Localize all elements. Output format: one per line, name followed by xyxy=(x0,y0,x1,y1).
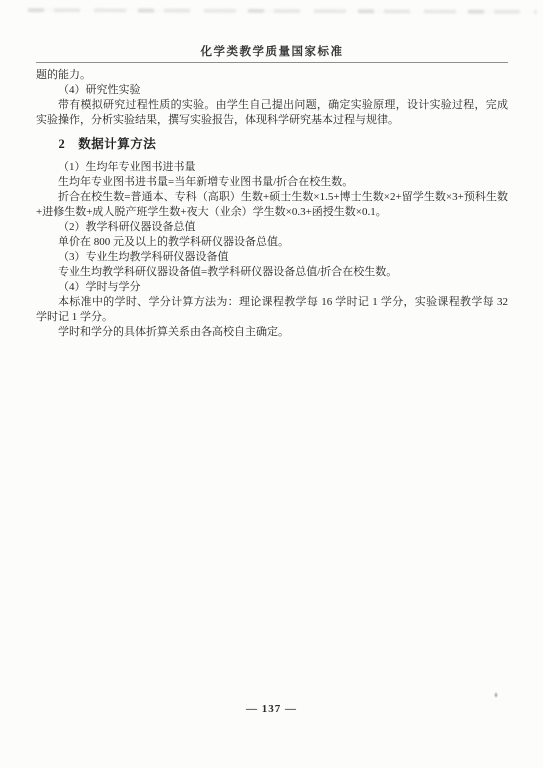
paragraph-enrollment-conversion-formula: 折合在校生数=普通本、专科（高职）生数+硕士生数×1.5+博士生数×2+留学生数… xyxy=(36,190,508,220)
page-number: — 137 — xyxy=(0,703,543,715)
paragraph-equipment-per-student-formula: 专业生均教学科研仪器设备值=教学科研仪器设备总值/折合在校生数。 xyxy=(36,265,508,280)
paragraph-continuation: 题的能力。 xyxy=(36,68,508,83)
paragraph-credit-conversion-note: 学时和学分的具体折算关系由各高校自主确定。 xyxy=(36,325,508,340)
document-page: 化学类教学质量国家标准 题的能力。 （4）研究性实验 带有模拟研究过程性质的实验… xyxy=(0,0,543,768)
list-item-4-credit-hours: （4）学时与学分 xyxy=(36,280,508,295)
list-item-2-equipment-total-value: （2）教学科研仪器设备总值 xyxy=(36,220,508,235)
section-heading-data-calculation-methods: 2 数据计算方法 xyxy=(36,136,508,153)
scan-speck xyxy=(494,692,498,698)
scan-artifact-line xyxy=(28,8,537,14)
paragraph-research-experiment-desc: 带有模拟研究过程性质的实验。由学生自己提出问题，确定实验原理，设计实验过程，完成… xyxy=(36,98,508,128)
list-item-4-research-experiment: （4）研究性实验 xyxy=(36,83,508,98)
paragraph-equipment-value-desc: 单价在 800 元及以上的教学科研仪器设备总值。 xyxy=(36,235,508,250)
paragraph-credit-hours-rule: 本标准中的学时、学分计算方法为：理论课程教学每 16 学时记 1 学分，实验课程… xyxy=(36,295,508,325)
list-item-1-books-per-student: （1）生均年专业图书进书量 xyxy=(36,160,508,175)
page-body: 题的能力。 （4）研究性实验 带有模拟研究过程性质的实验。由学生自己提出问题，确… xyxy=(36,68,508,340)
list-item-3-equipment-per-student: （3）专业生均教学科研仪器设备值 xyxy=(36,250,508,265)
running-header-title: 化学类教学质量国家标准 xyxy=(36,46,508,63)
paragraph-books-formula: 生均年专业图书进书量=当年新增专业图书量/折合在校生数。 xyxy=(36,175,508,190)
